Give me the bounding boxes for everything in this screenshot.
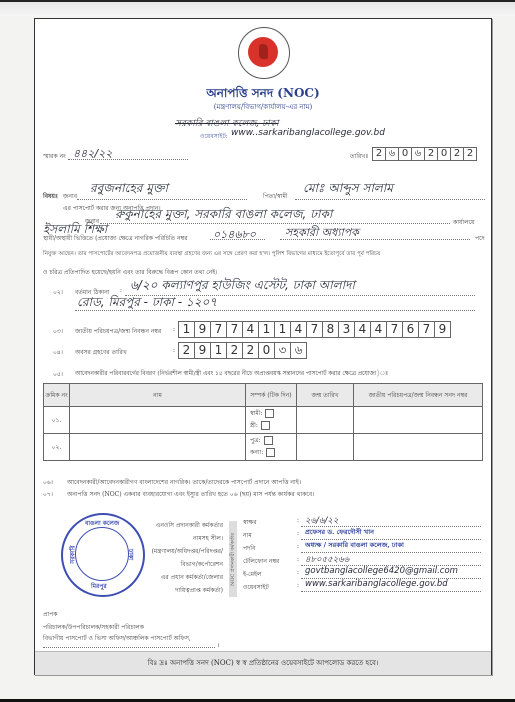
name-cell[interactable] [70,407,246,434]
digit-box: 0 [398,147,412,161]
col-relation: সম্পর্ক (টিক দিন) [246,384,297,407]
subject-janab-label: জনাব [63,191,77,202]
digit-box: 4 [290,321,307,338]
footer-note: বিঃ দ্রঃ অনাপত্তি সনদ (NOC) স্ব স্ব প্রত… [35,651,491,675]
item-05-number: ০৫। [53,369,63,380]
nid-cell[interactable] [354,434,483,461]
scan-shadow [0,2,515,16]
digit-box: ৬ [385,147,399,161]
digit-box: 1 [258,321,275,338]
digit-box: 2 [450,147,464,161]
digit-box: ৬ [411,147,425,161]
sig-field-value: ৪৮০৫৫২৬৬ [305,553,349,567]
digit-box: 7 [210,321,227,338]
husband-checkbox[interactable] [265,409,274,418]
digit-box: 9 [194,321,211,338]
digit-box: 9 [194,342,211,359]
father-name: মোঃ আব্দুস সালাম [303,180,393,200]
document-subtitle: (মন্ত্রণালয়/বিভাগ/কার্যালয়-এর নাম) [35,101,491,113]
digit-box: 2 [424,147,438,161]
digit-box: 6 [402,321,419,338]
noc-document: অনাপত্তি সনদ (NOC) (মন্ত্রণালয়/বিভাগ/কা… [34,18,492,675]
note-07-number: ০৭। [43,489,53,500]
sig-field-value: অধ্যক্ষ / সরকারি বাঙলা কলেজ, ঢাকা [305,540,404,551]
digit-box: 8 [322,321,339,338]
note-06-number: ০৬। [43,477,53,488]
father-label: পিতা/স্বামী [263,191,288,202]
date-label: তারিখঃ [350,151,368,162]
digit-box: 1 [274,321,291,338]
memo-label: স্মারক নং [43,151,66,162]
col-name: নাম [70,384,246,407]
digit-box: ৩ [274,342,291,359]
digit-box: 2 [226,342,243,359]
recipient-line-1: পরিচালক/উপপরিচালক/সহকারী পরিচালক [43,622,144,633]
sig-field-label: নাম [243,530,252,541]
office-suffix: কার্যালয়ে [453,217,475,228]
nid-boxes: 19774114783447679 [178,321,450,338]
sig-field-label: ই-মেইল [243,569,262,580]
sig-field-value: govtbanglacollege6420@gmail.com [305,566,458,576]
recipient-label: প্রাপক [43,609,58,620]
permanent-label: স্থায়ী/অস্থায়ী ভিত্তিতে (প্রযোজ্য ক্ষে… [43,233,188,244]
note-07-text: অনাপত্তি সনদ (NOC) একবার ব্যবহারযোগ্য এব… [67,489,314,500]
subject-label: বিষয়ঃ [43,191,58,202]
digit-box: 2 [372,147,386,161]
digit-box: 0 [258,342,275,359]
website-label: ওয়েবসাইট: [200,131,228,142]
sig-field-label: ওয়েবসাইট [243,582,269,593]
sig-field-value: www.sarkaribanglacollege.gov.bd [305,579,448,589]
item-04-number: ০৪। [53,347,63,358]
nid-label: জাতীয় পরিচয়পত্র/জন্ম নিবন্ধন নম্বর [75,326,161,337]
digit-box: 7 [418,321,435,338]
id-number: ০১৪৬৮০ [213,226,256,245]
dob-cell[interactable] [297,407,354,434]
paragraph-1: নিযুক্ত আছেন। তার পাসপোর্টের আবেদনপত্র প… [43,250,380,259]
son-checkbox[interactable] [264,436,273,445]
digit-box: ৬ [290,342,307,359]
family-description: আবেদনকারীর পরিবারবর্গের বিবরণ (নির্ভরশীল… [75,369,388,379]
sig-field-label: পদবি [243,543,255,554]
digit-box: 4 [370,321,387,338]
family-table: ক্রমিক নং নাম সম্পর্ক (টিক দিন) জন্ম তার… [43,383,483,461]
dob-cell[interactable] [297,434,354,461]
applicant-name: রবুজনাহের মুক্তা [90,180,168,200]
digit-box: 7 [226,321,243,338]
wife-checkbox[interactable] [261,421,270,430]
digit-box: 4 [354,321,371,338]
vertical-label-strip: NOC প্রদানকারী কর্মকর্তার [229,521,237,597]
name-cell[interactable] [70,434,246,461]
item-03-number: ০৩। [53,326,63,337]
col-serial: ক্রমিক নং [44,384,70,407]
signatory-description: এনওসি প্রদানকারী কর্মকর্তার নামসহ সীল। (… [123,519,223,597]
address-line-2: রোড, মিরপুর - ঢাকা - ১২০৭ [77,294,217,314]
post-title: সহকারী অধ্যাপক [285,224,359,243]
digit-box: 2 [463,147,477,161]
nid-cell[interactable] [354,407,483,434]
recipient-line-2: বিভাগীয় পাসপোর্ট ও ভিসা অফিস/আঞ্চলিক পা… [43,633,191,644]
sig-field-value: ২৬/৬/২২ [305,514,338,528]
digit-box: 9 [434,321,451,338]
note-06-text: আবেদনকারী/আবেদনকারীগণ বাংলাদেশের নাগরিক।… [67,477,301,488]
digit-box: 3 [338,321,355,338]
government-emblem-icon [238,27,290,79]
digit-box: 7 [386,321,403,338]
item-02-number: ০২। [53,287,63,298]
table-row: ০১. স্বামী: স্ত্রী: [44,407,483,434]
digit-box: 2 [178,342,195,359]
col-dob: জন্ম তারিখ [297,384,354,407]
digit-box: 0 [437,147,451,161]
table-row: ০২. পুত্র: কন্যা: [44,434,483,461]
post-suffix: পদে [475,233,485,244]
sig-field-label: স্বাক্ষর [243,517,257,528]
daughter-checkbox[interactable] [266,448,275,457]
retirement-date-boxes: 291220৩৬ [178,342,306,359]
digit-box: 1 [210,342,227,359]
memo-number: ৪৪২/২২ [73,145,112,164]
col-nid: জাতীয় পরিচয়পত্র/জন্ম নিবন্ধন সনদ নম্বর [354,384,483,407]
digit-box: 2 [242,342,259,359]
digit-box: 1 [178,321,195,338]
retirement-label: অবসর গ্রহণের তারিখ [75,347,127,358]
digit-box: 4 [242,321,259,338]
website-value: www..sarkaribanglacollege.gov.bd [231,128,385,138]
sig-field-label: টেলিফোন নম্বর [243,556,279,567]
digit-box: 7 [306,321,323,338]
date-boxes: 2৬0৬2022 [372,147,476,161]
sig-field-value: প্রফেসর ড. ফেরদৌসী খান [305,527,374,538]
